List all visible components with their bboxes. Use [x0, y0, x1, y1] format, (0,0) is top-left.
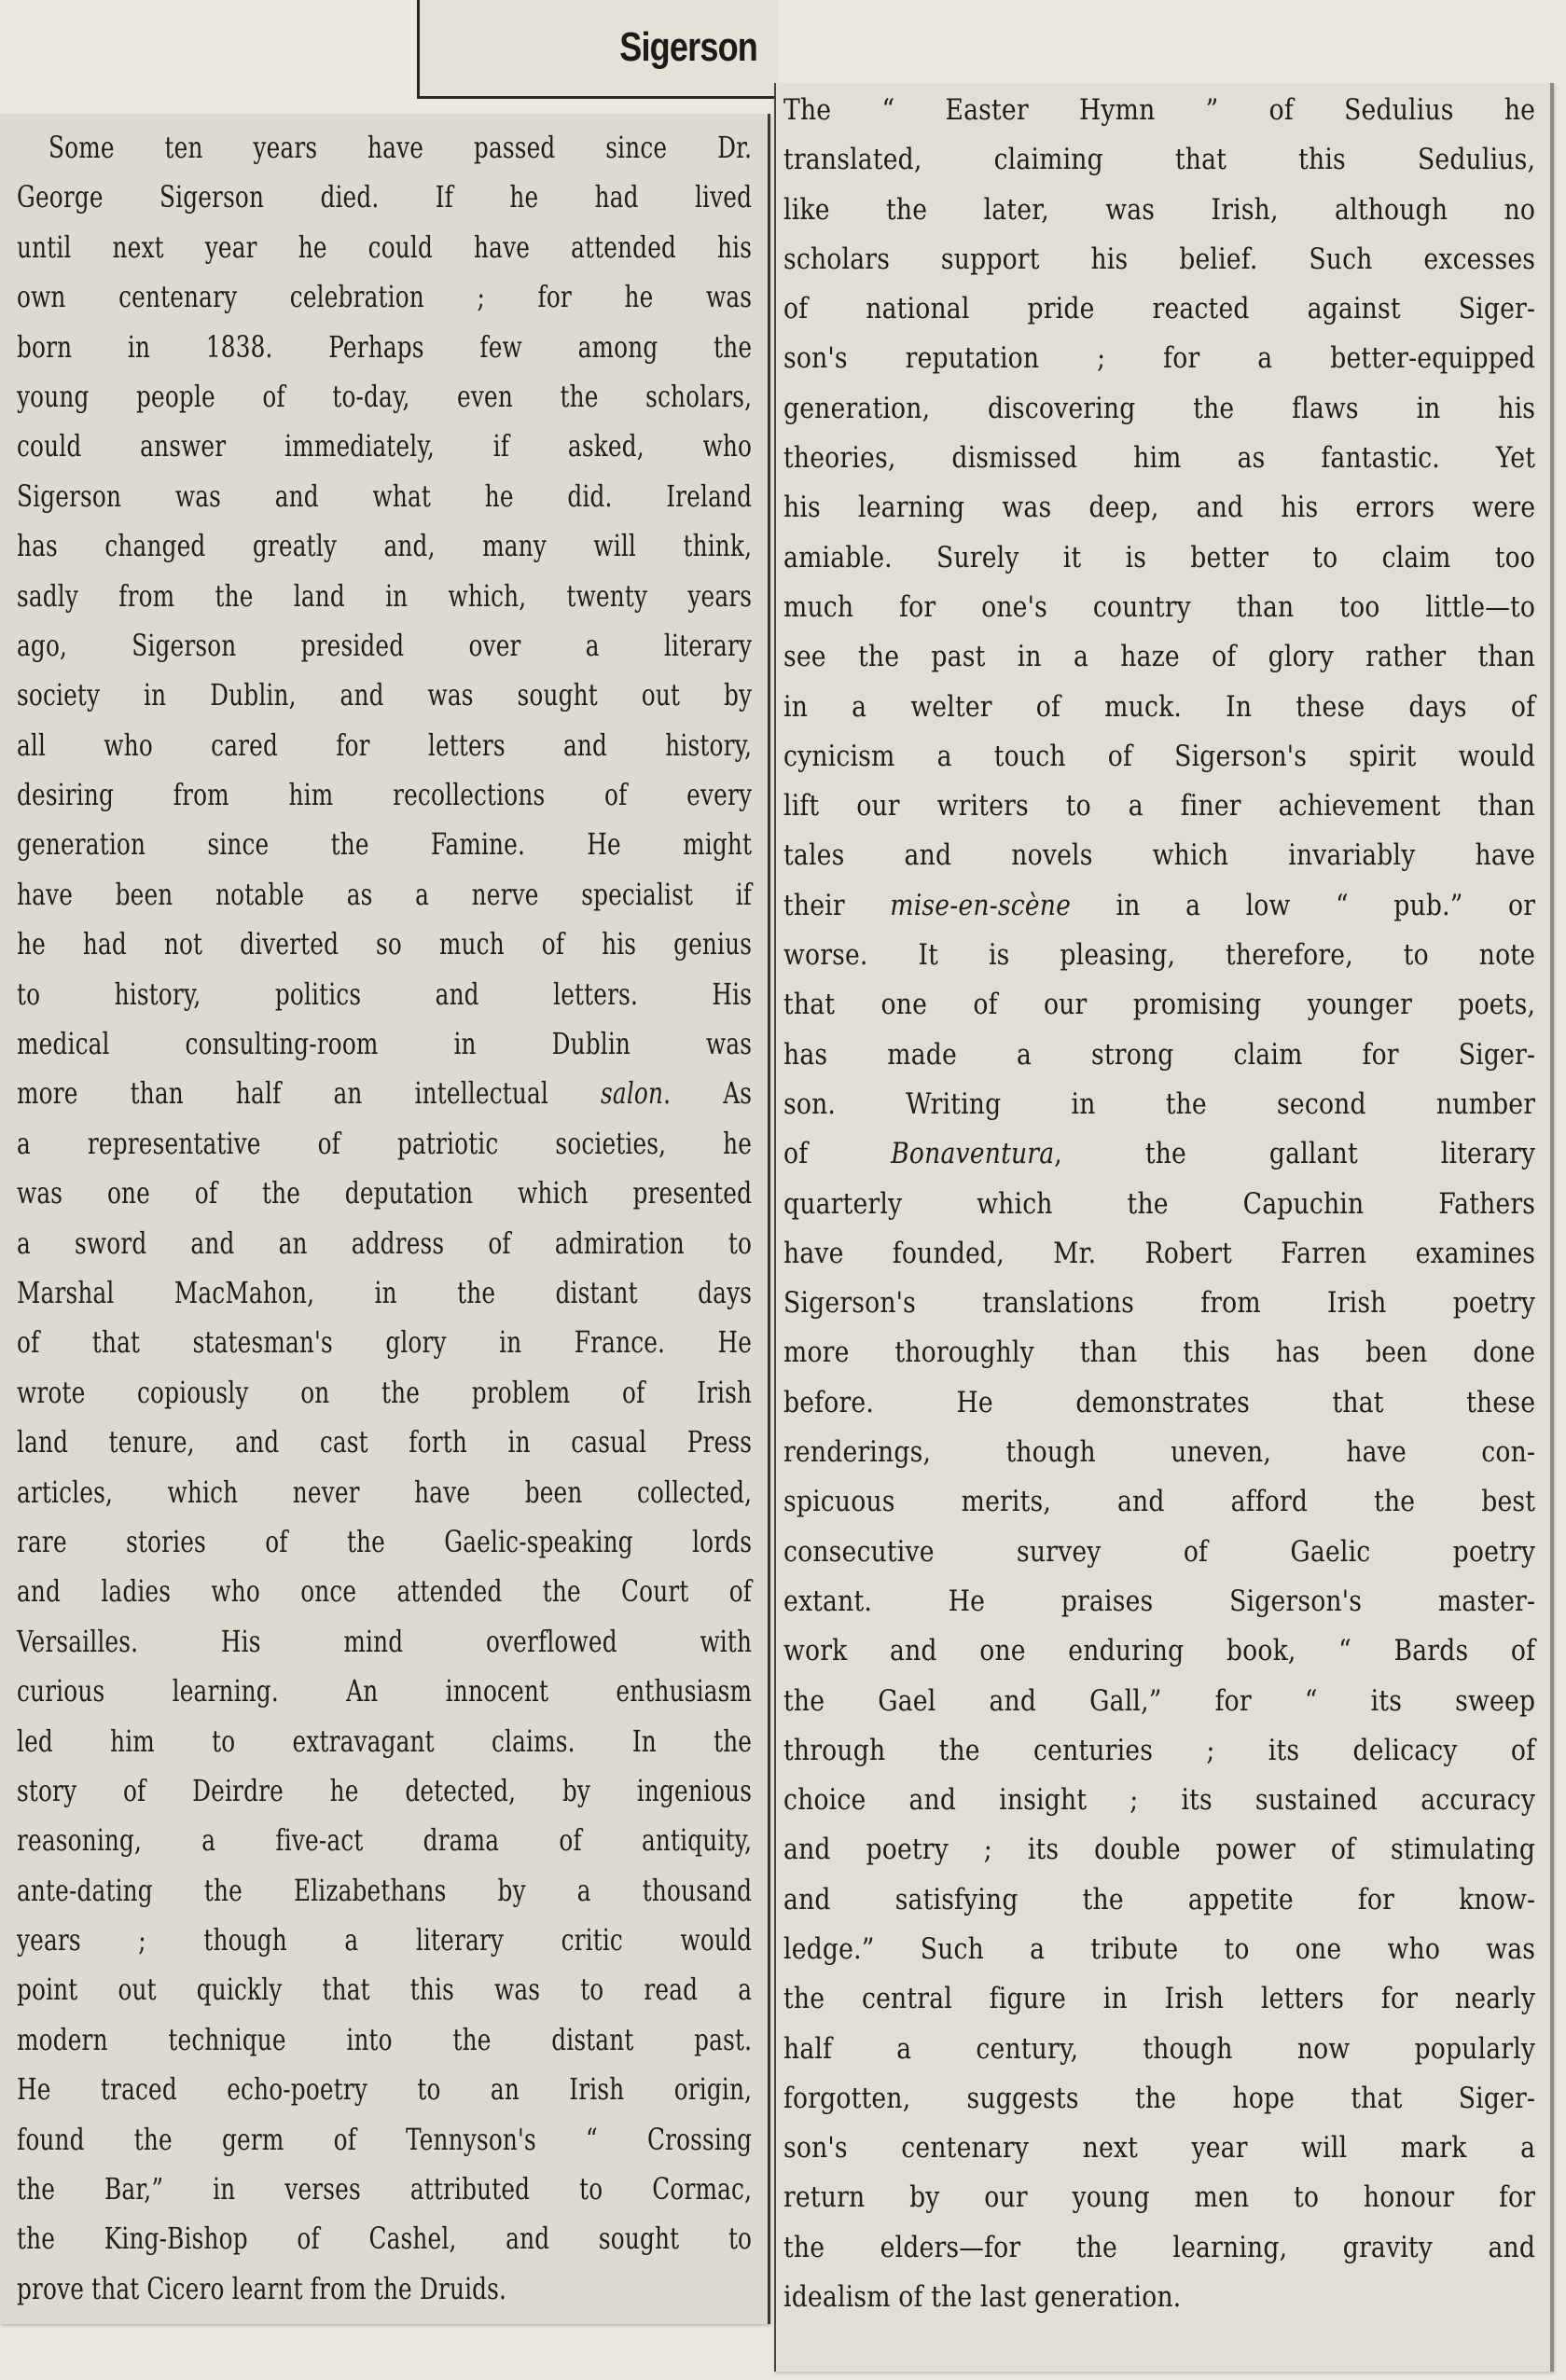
article-line: ledge.” Such a tribute to one who was: [783, 1925, 1535, 1974]
article-line: in a welter of muck. In these days of: [783, 683, 1535, 732]
article-line: found the germ of Tennyson's “ Crossing: [17, 2115, 752, 2165]
article-line: have been notable as a nerve specialist …: [17, 870, 752, 920]
article-line: prove that Cicero learnt from the Druids…: [17, 2264, 752, 2314]
article-line: years ; though a literary critic would: [17, 1916, 752, 1965]
article-line: their mise-en-scène in a low “ pub.” or: [783, 881, 1535, 931]
article-line: much for one's country than too little—t…: [783, 583, 1535, 632]
article-line: The “ Easter Hymn ” of Sedulius he: [783, 86, 1535, 135]
article-line: all who cared for letters and history,: [17, 721, 752, 770]
article-line: quarterly which the Capuchin Fathers: [783, 1180, 1535, 1229]
article-line: scholars support his belief. Such excess…: [783, 235, 1535, 284]
article-line: idealism of the last generation.: [783, 2273, 1535, 2322]
article-line: story of Deirdre he detected, by ingenio…: [17, 1766, 752, 1816]
article-line: have founded, Mr. Robert Farren examines: [783, 1229, 1535, 1279]
article-line: his learning was deep, and his errors we…: [783, 483, 1535, 533]
article-line: wrote copiously on the problem of Irish: [17, 1368, 752, 1418]
article-line: was one of the deputation which presente…: [17, 1169, 752, 1218]
article-line: more thoroughly than this has been done: [783, 1328, 1535, 1377]
article-line: the central figure in Irish letters for …: [783, 1974, 1535, 2024]
article-line: born in 1838. Perhaps few among the: [17, 323, 752, 372]
article-line: son's reputation ; for a better-equipped: [783, 334, 1535, 383]
article-column-left: Some ten years have passed since Dr.Geor…: [17, 123, 752, 2314]
article-line: son's centenary next year will mark a: [783, 2124, 1535, 2173]
article-line: work and one enduring book, “ Bards of: [783, 1626, 1535, 1676]
article-line: before. He demonstrates that these: [783, 1378, 1535, 1428]
article-line: forgotten, suggests the hope that Siger-: [783, 2074, 1535, 2124]
article-line: Versailles. His mind overflowed with: [17, 1617, 752, 1667]
article-line: of national pride reacted against Siger-: [783, 284, 1535, 334]
article-line: the Bar,” in verses attributed to Cormac…: [17, 2165, 752, 2214]
article-line: Sigerson was and what he did. Ireland: [17, 472, 752, 521]
article-line: tales and novels which invariably have: [783, 831, 1535, 880]
article-line: and satisfying the appetite for know-: [783, 1875, 1535, 1925]
article-line: desiring from him recollections of every: [17, 770, 752, 820]
article-line: Some ten years have passed since Dr.: [17, 123, 752, 173]
article-line: amiable. Surely it is better to claim to…: [783, 533, 1535, 583]
article-line: spicuous merits, and afford the best: [783, 1477, 1535, 1527]
article-line: theories, dismissed him as fantastic. Ye…: [783, 434, 1535, 483]
article-line: society in Dublin, and was sought out by: [17, 671, 752, 720]
article-line: like the later, was Irish, although no: [783, 186, 1535, 235]
article-line: he had not diverted so much of his geniu…: [17, 920, 752, 969]
article-line: to history, politics and letters. His: [17, 970, 752, 1019]
article-line: the elders—for the learning, gravity and: [783, 2223, 1535, 2273]
article-line: Sigerson's translations from Irish poetr…: [783, 1279, 1535, 1328]
article-line: point out quickly that this was to read …: [17, 1965, 752, 2014]
article-line: young people of to-day, even the scholar…: [17, 372, 752, 422]
article-line: modern technique into the distant past.: [17, 2015, 752, 2065]
article-line: renderings, though uneven, have con-: [783, 1428, 1535, 1477]
article-line: lift our writers to a finer achievement …: [783, 782, 1535, 831]
article-line: has changed greatly and, many will think…: [17, 521, 752, 571]
article-line: medical consulting-room in Dublin was: [17, 1019, 752, 1069]
article-line: extant. He praises Sigerson's master-: [783, 1577, 1535, 1626]
article-line: Marshal MacMahon, in the distant days: [17, 1268, 752, 1318]
article-line: the King-Bishop of Cashel, and sought to: [17, 2214, 752, 2263]
article-line: articles, which never have been collecte…: [17, 1468, 752, 1517]
article-line: choice and insight ; its sustained accur…: [783, 1776, 1535, 1825]
article-line: of that statesman's glory in France. He: [17, 1318, 752, 1367]
article-line: led him to extravagant claims. In the: [17, 1717, 752, 1766]
article-line: sadly from the land in which, twenty yea…: [17, 572, 752, 621]
article-line: a representative of patriotic societies,…: [17, 1119, 752, 1169]
article-line: son. Writing in the second number: [783, 1080, 1535, 1129]
article-line: and ladies who once attended the Court o…: [17, 1567, 752, 1616]
article-line: reasoning, a five-act drama of antiquity…: [17, 1816, 752, 1865]
article-line: until next year he could have attended h…: [17, 223, 752, 272]
article-title: Sigerson: [484, 24, 779, 71]
article-line: the Gael and Gall,” for “ its sweep: [783, 1677, 1535, 1726]
article-line: rare stories of the Gaelic-speaking lord…: [17, 1517, 752, 1567]
article-line: George Sigerson died. If he had lived: [17, 173, 752, 222]
article-line: see the past in a haze of glory rather t…: [783, 632, 1535, 682]
article-line: more than half an intellectual salon. As: [17, 1069, 752, 1118]
article-line: of Bonaventura, the gallant literary: [783, 1129, 1535, 1179]
article-line: generation since the Famine. He might: [17, 820, 752, 869]
article-column-right: The “ Easter Hymn ” of Sedulius hetransl…: [783, 86, 1535, 2322]
article-line: and poetry ; its double power of stimula…: [783, 1825, 1535, 1875]
headline-box: Sigerson: [417, 0, 779, 99]
article-line: half a century, though now popularly: [783, 2025, 1535, 2074]
article-line: worse. It is pleasing, therefore, to not…: [783, 931, 1535, 980]
article-line: through the centuries ; its delicacy of: [783, 1726, 1535, 1776]
article-line: ago, Sigerson presided over a literary: [17, 621, 752, 671]
article-line: consecutive survey of Gaelic poetry: [783, 1528, 1535, 1577]
article-line: translated, claiming that this Sedulius,: [783, 135, 1535, 185]
article-line: could answer immediately, if asked, who: [17, 422, 752, 471]
article-line: return by our young men to honour for: [783, 2173, 1535, 2222]
article-line: generation, discovering the flaws in his: [783, 384, 1535, 434]
article-line: cynicism a touch of Sigerson's spirit wo…: [783, 732, 1535, 782]
article-line: ante-dating the Elizabethans by a thousa…: [17, 1866, 752, 1916]
article-line: land tenure, and cast forth in casual Pr…: [17, 1418, 752, 1467]
article-line: He traced echo-poetry to an Irish origin…: [17, 2065, 752, 2114]
article-line: has made a strong claim for Siger-: [783, 1031, 1535, 1080]
article-line: that one of our promising younger poets,: [783, 980, 1535, 1030]
article-line: curious learning. An innocent enthusiasm: [17, 1667, 752, 1716]
article-line: own centenary celebration ; for he was: [17, 272, 752, 322]
article-line: a sword and an address of admiration to: [17, 1219, 752, 1268]
